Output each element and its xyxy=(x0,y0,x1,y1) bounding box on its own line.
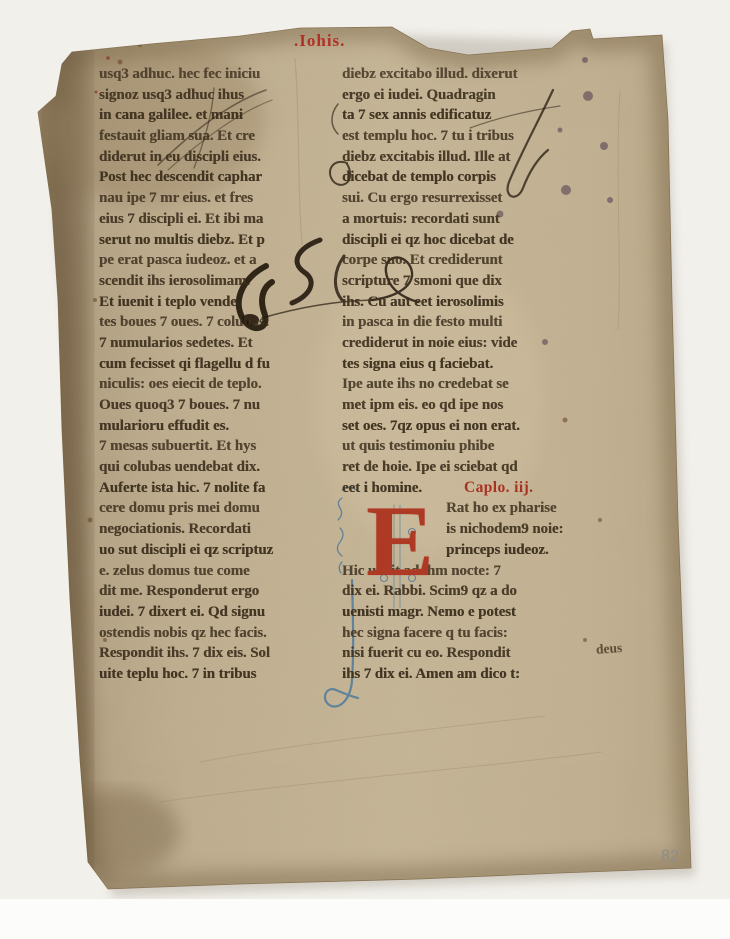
text-line: tes boues 7 oues. 7 colubas: xyxy=(99,312,339,333)
text-line: Auferte ista hic. 7 nolite fa xyxy=(99,478,339,499)
text-line: discipli ei qz hoc dicebat de xyxy=(342,230,594,251)
text-line: ihs 7 dix ei. Amen am dico t: xyxy=(342,664,594,685)
text-line: niculis: oes eiecit de teplo. xyxy=(99,374,339,395)
folio-number-pencil: 82 xyxy=(661,848,680,867)
text-line: tes signa eius q faciebat. xyxy=(342,354,594,375)
text-line: mularioru effudit es. xyxy=(99,416,339,437)
running-title: .Iohis. xyxy=(294,31,384,51)
text-line: crediderut in noie eius: vide xyxy=(342,333,594,354)
text-line: diebz excitabo illud. dixerut xyxy=(342,64,594,85)
text-line: in pasca in die festo multi xyxy=(342,312,594,333)
text-line: usq3 adhuc. hec fec iniciu xyxy=(99,64,339,85)
text-line: Et iuenit i teplo vende xyxy=(99,292,339,313)
manuscript-photo: .Iohis. usq3 adhuc. hec fec iniciusignoz… xyxy=(0,0,730,939)
text-line: cum fecisset qi flagellu d fu xyxy=(99,354,339,375)
text-line: festauit gliam sua. Et cre xyxy=(99,126,339,147)
text-column-left: usq3 adhuc. hec fec iniciusignoz usq3 ad… xyxy=(99,64,339,685)
text-line: scripture 7 smoni que dix xyxy=(342,271,594,292)
decorated-initial: E xyxy=(352,488,448,606)
text-line: eius 7 discipli ei. Et ibi ma xyxy=(99,209,339,230)
text-line: qui colubas uendebat dix. xyxy=(99,457,339,478)
text-line: nisi fuerit cu eo. Respondit xyxy=(342,643,594,664)
scanner-background-bottom xyxy=(0,899,730,939)
text-line: ret de hoie. Ipe ei sciebat qd xyxy=(342,457,594,478)
text-line: nau ipe 7 mr eius. et fres xyxy=(99,188,339,209)
margin-note: deus xyxy=(595,640,622,658)
text-line: est templu hoc. 7 tu i tribus xyxy=(342,126,594,147)
text-line: pe erat pasca iudeoz. et a xyxy=(99,250,339,271)
text-line: negociationis. Recordati xyxy=(99,519,339,540)
text-line: sui. Cu ergo resurrexisset xyxy=(342,188,594,209)
text-line: Oues quoq3 7 boues. 7 nu xyxy=(99,395,339,416)
text-line: corpe suo. Et crediderunt xyxy=(342,250,594,271)
text-line: scendit ihs ierosolimam. xyxy=(99,271,339,292)
bottom-left-stain xyxy=(56,790,180,874)
text-line: Ipe aute ihs no credebat se xyxy=(342,374,594,395)
text-line: in cana galilee. et mani xyxy=(99,105,339,126)
chapter-rubric: Caplo. iij. xyxy=(464,479,533,497)
text-line: uite teplu hoc. 7 in tribus xyxy=(99,664,339,685)
text-line: uo sut discipli ei qz scriptuz xyxy=(99,540,339,561)
initial-letter-e: E xyxy=(366,485,434,598)
text-line: Post hec descendit caphar xyxy=(99,167,339,188)
text-line: hec signa facere q tu facis: xyxy=(342,623,594,644)
text-line: dicebat de templo corpis xyxy=(342,167,594,188)
text-line: e. zelus domus tue come xyxy=(99,561,339,582)
text-line: iudei. 7 dixert ei. Qd signu xyxy=(99,602,339,623)
text-line: diebz excitabis illud. Ille at xyxy=(342,147,594,168)
text-line: serut no multis diebz. Et p xyxy=(99,230,339,251)
text-line: 7 numularios sedetes. Et xyxy=(99,333,339,354)
text-line: ostendis nobis qz hec facis. xyxy=(99,623,339,644)
text-line: 7 mesas subuertit. Et hys xyxy=(99,436,339,457)
text-line: set oes. 7qz opus ei non erat. xyxy=(342,416,594,437)
text-line: a mortuis: recordati sunt xyxy=(342,209,594,230)
text-line: met ipm eis. eo qd ipe nos xyxy=(342,395,594,416)
text-line: diderut in eu discipli eius. xyxy=(99,147,339,168)
text-line: dit me. Responderut ergo xyxy=(99,581,339,602)
text-line: ergo ei iudei. Quadragin xyxy=(342,85,594,106)
text-line: cere domu pris mei domu xyxy=(99,498,339,519)
text-line: ihs. Cu aut eet ierosolimis xyxy=(342,292,594,313)
text-line: ta 7 sex annis edificatuz xyxy=(342,105,594,126)
text-line: ut quis testimoniu phibe xyxy=(342,436,594,457)
text-line: signoz usq3 adhuc ihus xyxy=(99,85,339,106)
text-line: Respondit ihs. 7 dix eis. Sol xyxy=(99,643,339,664)
